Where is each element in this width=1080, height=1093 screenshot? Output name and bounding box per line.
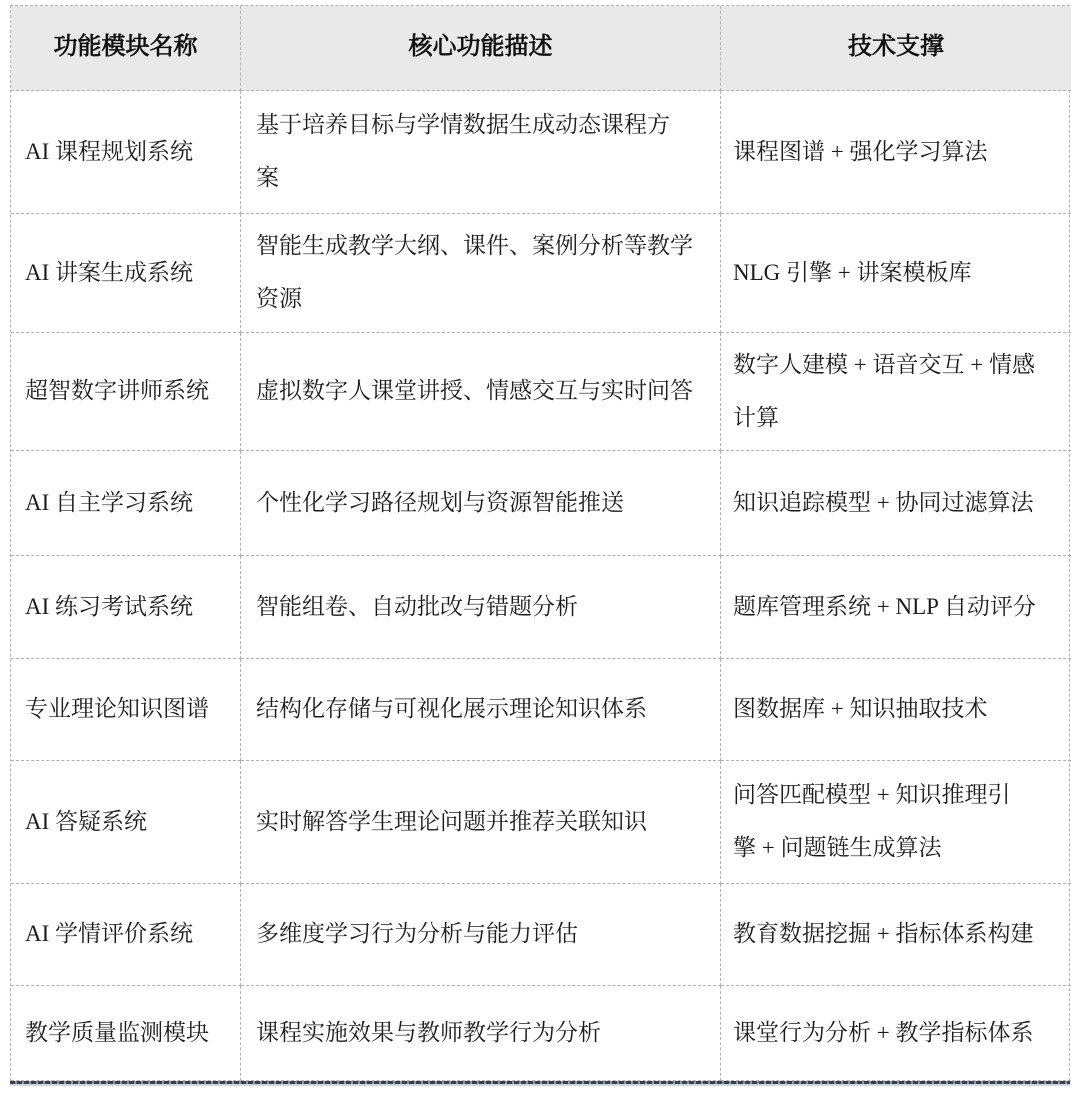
- cell-description: 结构化存储与可视化展示理论知识体系: [241, 659, 721, 761]
- cell-module: AI 学情评价系统: [11, 884, 241, 986]
- header-cell-description: 核心功能描述: [241, 6, 721, 91]
- description-text: 个性化学习路径规划与资源智能推送: [256, 477, 624, 530]
- function-module-table: 功能模块名称 核心功能描述 技术支撑 AI 课程规划系统 基于培养目标与学情数据…: [10, 5, 1070, 1081]
- tech-text: 教育数据挖掘 + 指标体系构建: [733, 908, 1033, 961]
- cell-tech: 数字人建模 + 语音交互 + 情感 计算: [721, 333, 1071, 451]
- module-name: AI 讲案生成系统: [25, 247, 193, 300]
- cell-tech: 图数据库 + 知识抽取技术: [721, 659, 1071, 761]
- header-cell-tech: 技术支撑: [721, 6, 1071, 91]
- header-label: 核心功能描述: [409, 20, 553, 75]
- module-name: 专业理论知识图谱: [25, 683, 209, 736]
- tech-text: 数字人建模 + 语音交互 + 情感 计算: [733, 339, 1035, 445]
- cell-description: 课程实施效果与教师教学行为分析: [241, 986, 721, 1081]
- tech-text: 课程图谱 + 强化学习算法: [733, 126, 987, 179]
- cell-description: 智能组卷、自动批改与错题分析: [241, 556, 721, 659]
- module-name: AI 课程规划系统: [25, 126, 193, 179]
- cell-module: 超智数字讲师系统: [11, 333, 241, 451]
- cell-module: AI 讲案生成系统: [11, 214, 241, 333]
- cell-module: 教学质量监测模块: [11, 986, 241, 1081]
- description-text: 基于培养目标与学情数据生成动态课程方 案: [256, 99, 670, 205]
- cell-description: 个性化学习路径规划与资源智能推送: [241, 451, 721, 556]
- cell-tech: 题库管理系统 + NLP 自动评分: [721, 556, 1071, 659]
- cell-description: 多维度学习行为分析与能力评估: [241, 884, 721, 986]
- tech-text: 问答匹配模型 + 知识推理引 擎 + 问题链生成算法: [733, 769, 1010, 875]
- page: 功能模块名称 核心功能描述 技术支撑 AI 课程规划系统 基于培养目标与学情数据…: [0, 0, 1080, 1086]
- cell-module: AI 练习考试系统: [11, 556, 241, 659]
- header-label: 功能模块名称: [54, 20, 198, 75]
- tech-text: NLG 引擎 + 讲案模板库: [733, 247, 972, 300]
- tech-text: 题库管理系统 + NLP 自动评分: [733, 581, 1036, 634]
- tech-text: 知识追踪模型 + 协同过滤算法: [733, 477, 1033, 530]
- description-text: 虚拟数字人课堂讲授、情感交互与实时问答: [256, 365, 693, 418]
- description-text: 智能生成教学大纲、课件、案例分析等教学 资源: [256, 220, 693, 326]
- cell-tech: NLG 引擎 + 讲案模板库: [721, 214, 1071, 333]
- cell-module: AI 自主学习系统: [11, 451, 241, 556]
- cell-description: 虚拟数字人课堂讲授、情感交互与实时问答: [241, 333, 721, 451]
- cell-tech: 课堂行为分析 + 教学指标体系: [721, 986, 1071, 1081]
- module-name: AI 练习考试系统: [25, 581, 193, 634]
- cell-module: 专业理论知识图谱: [11, 659, 241, 761]
- cell-tech: 教育数据挖掘 + 指标体系构建: [721, 884, 1071, 986]
- cell-description: 实时解答学生理论问题并推荐关联知识: [241, 761, 721, 884]
- cell-description: 基于培养目标与学情数据生成动态课程方 案: [241, 91, 721, 214]
- cell-tech: 知识追踪模型 + 协同过滤算法: [721, 451, 1071, 556]
- description-text: 课程实施效果与教师教学行为分析: [256, 1007, 601, 1060]
- description-text: 结构化存储与可视化展示理论知识体系: [256, 683, 647, 736]
- description-text: 多维度学习行为分析与能力评估: [256, 908, 578, 961]
- tech-text: 课堂行为分析 + 教学指标体系: [733, 1007, 1033, 1060]
- cell-tech: 课程图谱 + 强化学习算法: [721, 91, 1071, 214]
- cell-module: AI 课程规划系统: [11, 91, 241, 214]
- header-cell-module-name: 功能模块名称: [11, 6, 241, 91]
- tech-text: 图数据库 + 知识抽取技术: [733, 683, 987, 736]
- module-name: 教学质量监测模块: [25, 1007, 209, 1060]
- description-text: 智能组卷、自动批改与错题分析: [256, 581, 578, 634]
- description-text: 实时解答学生理论问题并推荐关联知识: [256, 796, 647, 849]
- table-bottom-rule-light: [10, 1084, 1070, 1086]
- module-name: AI 学情评价系统: [25, 908, 193, 961]
- cell-description: 智能生成教学大纲、课件、案例分析等教学 资源: [241, 214, 721, 333]
- module-name: AI 答疑系统: [25, 796, 147, 849]
- cell-tech: 问答匹配模型 + 知识推理引 擎 + 问题链生成算法: [721, 761, 1071, 884]
- cell-module: AI 答疑系统: [11, 761, 241, 884]
- header-label: 技术支撑: [848, 20, 944, 75]
- module-name: AI 自主学习系统: [25, 477, 193, 530]
- module-name: 超智数字讲师系统: [25, 365, 209, 418]
